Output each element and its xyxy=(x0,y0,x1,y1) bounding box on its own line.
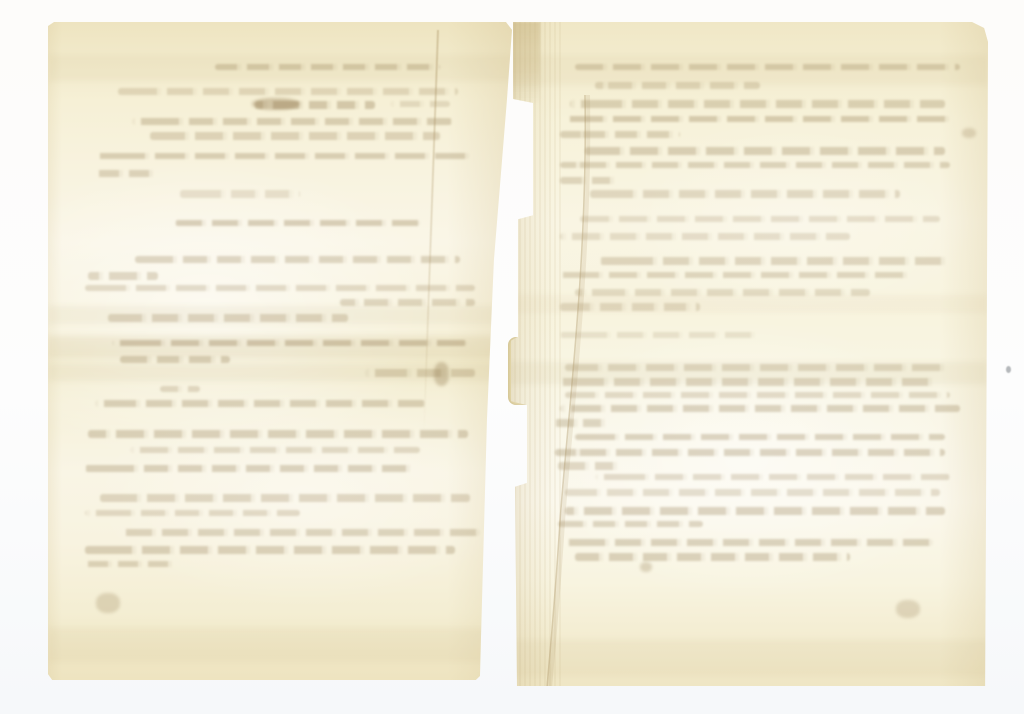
faded-text-line xyxy=(100,494,470,502)
scanner-streak-band xyxy=(48,628,512,662)
faded-text-line xyxy=(365,369,475,377)
faded-text-line xyxy=(95,170,155,177)
faded-text-line xyxy=(120,356,230,363)
faded-text-line xyxy=(95,400,425,407)
faded-text-line xyxy=(215,64,440,70)
faded-text-line xyxy=(150,132,440,140)
faded-text-line xyxy=(85,285,475,291)
faded-text-line xyxy=(160,386,200,392)
faded-text-line xyxy=(175,220,420,226)
faded-text-line xyxy=(95,153,470,159)
faded-smudge-mark xyxy=(96,593,120,613)
faded-text-line xyxy=(180,190,300,198)
right-page xyxy=(505,22,988,686)
right-page-crease xyxy=(505,22,988,686)
faded-smudge-mark xyxy=(252,98,300,110)
faded-smudge-mark xyxy=(434,362,449,386)
left-page xyxy=(48,22,512,680)
faded-text-line xyxy=(118,88,458,95)
faded-text-line xyxy=(132,118,452,125)
faded-text-line xyxy=(88,430,468,438)
faded-text-line xyxy=(130,447,420,453)
faded-text-line xyxy=(88,272,158,280)
scanned-document-spread xyxy=(0,0,1024,714)
faded-text-line xyxy=(85,465,415,472)
faded-text-line xyxy=(120,529,480,536)
faded-text-line xyxy=(112,340,467,346)
faded-text-line xyxy=(108,314,348,322)
faded-text-line xyxy=(390,101,450,107)
dust-speck xyxy=(1006,366,1011,373)
faded-text-line xyxy=(85,510,300,516)
faded-text-line xyxy=(85,546,455,554)
faded-text-line xyxy=(135,256,460,263)
faded-text-line xyxy=(85,561,175,567)
faded-text-line xyxy=(340,299,475,306)
